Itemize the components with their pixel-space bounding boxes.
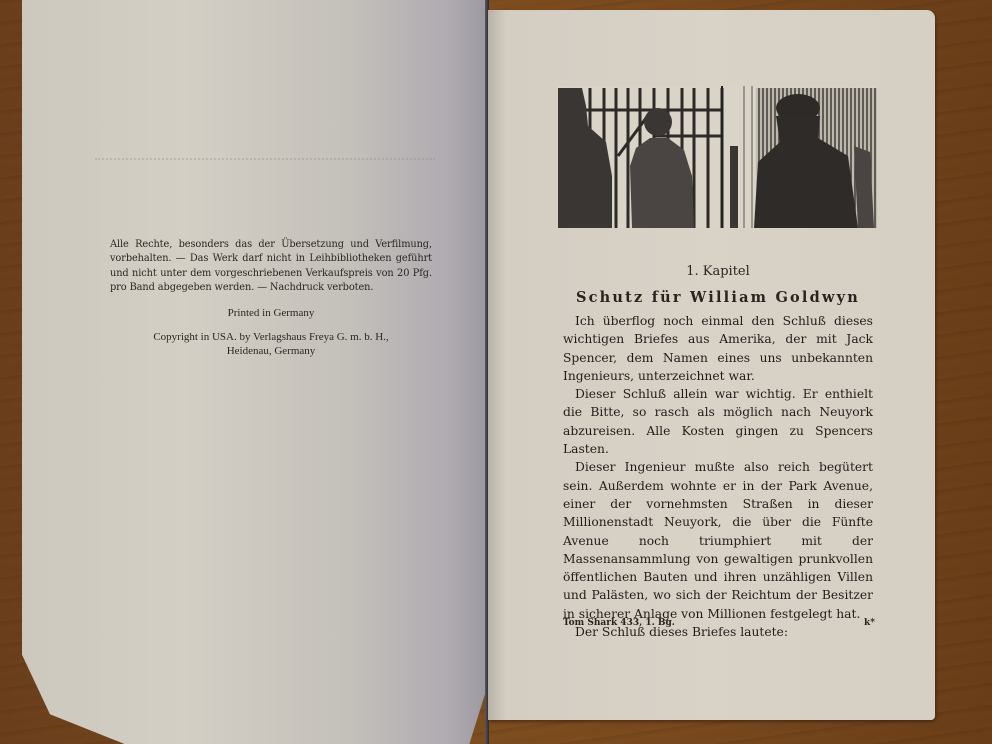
paragraph: Ich überflog noch einmal den Schluß dies… xyxy=(563,312,873,385)
rights-notice: Alle Rechte, besonders das der Übersetzu… xyxy=(110,238,432,296)
copyright-line-1: Copyright in USA. by Verlagshaus Freya G… xyxy=(110,330,432,344)
imprint-block: Alle Rechte, besonders das der Übersetzu… xyxy=(110,238,432,358)
sheet-mark: k* xyxy=(864,618,875,628)
prison-bars-illustration-icon xyxy=(558,86,877,228)
chapter-number: 1. Kapitel xyxy=(558,262,878,282)
bleed-through-marks xyxy=(95,158,435,160)
paragraph: Dieser Ingenieur mußte also reich begüte… xyxy=(563,458,873,623)
chapter-body: Ich überflog noch einmal den Schluß dies… xyxy=(563,312,873,641)
copyright-line-2: Heidenau, Germany xyxy=(110,344,432,358)
printed-in-germany: Printed in Germany xyxy=(110,306,432,320)
signature-mark: Tom Shark 433, 1. Bg. xyxy=(563,618,675,628)
page-footer: Tom Shark 433, 1. Bg. k* xyxy=(563,618,875,632)
paragraph: Dieser Schluß allein war wichtig. Er ent… xyxy=(563,385,873,458)
chapter-title: Schutz für William Goldwyn xyxy=(558,287,878,309)
chapter-heading: 1. Kapitel Schutz für William Goldwyn xyxy=(558,262,878,309)
left-page xyxy=(22,0,488,744)
